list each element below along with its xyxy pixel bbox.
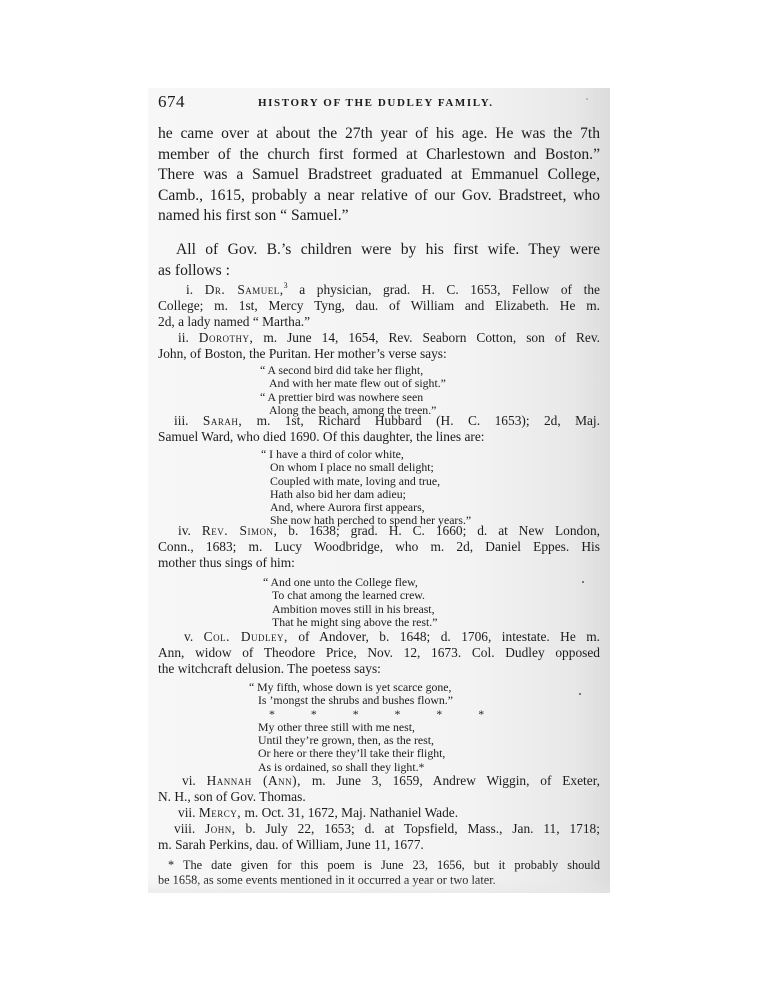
text-line: 2d, a lady named “ Martha.” bbox=[158, 314, 600, 330]
poem-line: Coupled with mate, loving and true, bbox=[270, 475, 471, 488]
poem-line: To chat among the learned crew. bbox=[272, 589, 437, 602]
text-line: named his first son “ Samuel.” bbox=[158, 206, 600, 227]
scan-speck bbox=[586, 98, 588, 100]
entry-name: Dr. Samuel, bbox=[205, 282, 284, 297]
text-line: Conn., 1683; m. Lucy Woodbridge, who m. … bbox=[158, 539, 600, 555]
child-entry-mercy: vii. Mercy, m. Oct. 31, 1672, Maj. Natha… bbox=[158, 805, 600, 821]
intro-paragraph: he came over at about the 27th year of h… bbox=[158, 124, 600, 227]
text-line: Samuel Ward, who died 1690. Of this daug… bbox=[158, 429, 600, 445]
poem-line: Ambition moves still in his breast, bbox=[272, 603, 437, 616]
poem-line: On whom I place no small delight; bbox=[270, 461, 471, 474]
text-line: There was a Samuel Bradstreet graduated … bbox=[158, 165, 600, 186]
poem-dorothy: “ A second bird did take her flight, And… bbox=[269, 364, 446, 417]
entry-first-line: iv. Rev. Simon, b. 1638; grad. H. C. 166… bbox=[158, 523, 600, 539]
poem-line: Or here or there they’ll take their flig… bbox=[258, 747, 484, 760]
poem-line: “ And one unto the College flew, bbox=[272, 576, 437, 589]
entry-name: Dorothy, bbox=[199, 330, 254, 345]
poem-line: And, where Aurora first appears, bbox=[270, 501, 471, 514]
poem-simon: “ And one unto the College flew, To chat… bbox=[272, 576, 437, 629]
entry-numeral: vi. bbox=[182, 773, 196, 788]
child-entry-samuel: i. Dr. Samuel,3 a physician, grad. H. C.… bbox=[158, 282, 600, 330]
text-line: m. Sarah Perkins, dau. of William, June … bbox=[158, 837, 600, 853]
text-line: he came over at about the 27th year of h… bbox=[158, 124, 600, 145]
entry-first-line: iii. Sarah, m. 1st, Richard Hubbard (H. … bbox=[158, 413, 600, 429]
entry-numeral: viii. bbox=[174, 821, 195, 836]
entry-first-line: viii. John, b. July 22, 1653; d. at Tops… bbox=[158, 821, 600, 837]
poem-line: “ My fifth, whose down is yet scarce gon… bbox=[258, 681, 484, 694]
poem-line: My other three still with me nest, bbox=[258, 721, 484, 734]
text-line: mother thus sings of him: bbox=[158, 555, 600, 571]
entry-first-line: v. Col. Dudley, of Andover, b. 1648; d. … bbox=[158, 629, 600, 645]
text-line: the witchcraft delusion. The poetess say… bbox=[158, 661, 600, 677]
text-line: John, of Boston, the Puritan. Her mother… bbox=[158, 346, 600, 362]
text-line: College; m. 1st, Mercy Tyng, dau. of Wil… bbox=[158, 298, 600, 314]
poem-line: And with her mate flew out of sight.” bbox=[269, 377, 446, 390]
text-line: as follows : bbox=[158, 261, 600, 282]
poem-col-dudley: “ My fifth, whose down is yet scarce gon… bbox=[258, 681, 484, 774]
scan-speck bbox=[579, 693, 581, 695]
entry-numeral: ii. bbox=[178, 330, 189, 345]
entry-numeral: vii. bbox=[178, 805, 195, 820]
page-bottom-shadow bbox=[148, 879, 610, 893]
child-entry-simon: iv. Rev. Simon, b. 1638; grad. H. C. 166… bbox=[158, 523, 600, 571]
scan-speck bbox=[570, 158, 572, 160]
poem-line: “ A second bird did take her flight, bbox=[269, 364, 446, 377]
poem-ellipsis-stars: * * * * * * bbox=[258, 708, 484, 721]
poem-line: Hath also bid her dam adieu; bbox=[270, 488, 471, 501]
entry-numeral: iii. bbox=[174, 413, 189, 428]
entry-numeral: v. bbox=[184, 629, 193, 644]
text-line: member of the church first formed at Cha… bbox=[158, 145, 600, 166]
text-line: Camb., 1615, probably a near relative of… bbox=[158, 186, 600, 207]
poem-line: “ I have a third of color white, bbox=[270, 448, 471, 461]
poem-sarah: “ I have a third of color white, On whom… bbox=[270, 448, 471, 528]
running-title: HISTORY OF THE DUDLEY FAMILY. bbox=[258, 97, 494, 109]
child-entry-dorothy: ii. Dorothy, m. June 14, 1654, Rev. Seab… bbox=[158, 330, 600, 362]
poem-line: Is ’mongst the shrubs and bushes flown.” bbox=[258, 694, 484, 707]
scan-speck bbox=[582, 581, 584, 583]
child-entry-col-dudley: v. Col. Dudley, of Andover, b. 1648; d. … bbox=[158, 629, 600, 677]
entry-numeral: i. bbox=[186, 282, 193, 297]
entry-name: Rev. Simon, bbox=[202, 523, 278, 538]
entry-name: Sarah, bbox=[203, 413, 242, 428]
entry-first-line: i. Dr. Samuel,3 a physician, grad. H. C.… bbox=[158, 282, 600, 298]
child-entry-john: viii. John, b. July 22, 1653; d. at Tops… bbox=[158, 821, 600, 853]
entry-numeral: iv. bbox=[178, 523, 191, 538]
child-entry-hannah: vi. Hannah (Ann), m. June 3, 1659, Andre… bbox=[158, 773, 600, 805]
entry-name: Mercy, bbox=[199, 805, 241, 820]
poem-line: Until they’re grown, then, as the rest, bbox=[258, 734, 484, 747]
page-number: 674 bbox=[158, 92, 185, 112]
entry-name: Col. Dudley, bbox=[204, 629, 288, 644]
entry-first-line: vii. Mercy, m. Oct. 31, 1672, Maj. Natha… bbox=[158, 805, 600, 821]
poem-line: “ A prettier bird was nowhere seen bbox=[269, 391, 446, 404]
children-intro-paragraph: All of Gov. B.’s children were by his fi… bbox=[158, 240, 600, 281]
text-line: All of Gov. B.’s children were by his fi… bbox=[158, 240, 600, 261]
footnote-line: * The date given for this poem is June 2… bbox=[158, 858, 600, 873]
entry-first-line: vi. Hannah (Ann), m. June 3, 1659, Andre… bbox=[158, 773, 600, 789]
scanned-book-page: 674 HISTORY OF THE DUDLEY FAMILY. he cam… bbox=[148, 88, 610, 893]
generation-superscript: 3 bbox=[284, 281, 288, 290]
child-entry-sarah: iii. Sarah, m. 1st, Richard Hubbard (H. … bbox=[158, 413, 600, 445]
text-line: Ann, widow of Theodore Price, Nov. 12, 1… bbox=[158, 645, 600, 661]
entry-name: Hannah (Ann), bbox=[207, 773, 301, 788]
entry-name: John, bbox=[205, 821, 236, 836]
entry-first-line: ii. Dorothy, m. June 14, 1654, Rev. Seab… bbox=[158, 330, 600, 346]
poem-line: That he might sing above the rest.” bbox=[272, 616, 437, 629]
text-line: N. H., son of Gov. Thomas. bbox=[158, 789, 600, 805]
